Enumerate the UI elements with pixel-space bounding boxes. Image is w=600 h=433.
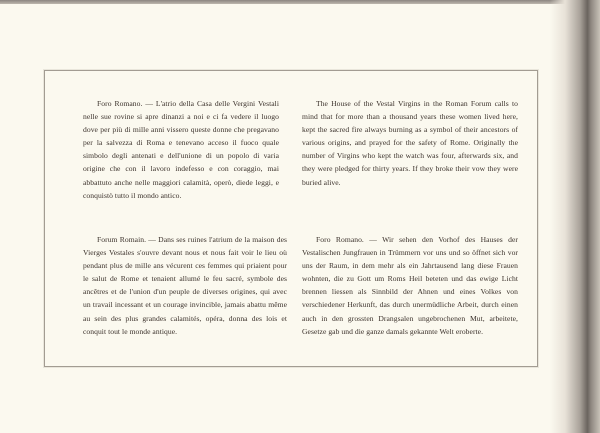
german-paragraph: Foro Romano. — Wir sehen den Vorhof des …: [302, 233, 518, 338]
english-text-block: The House of the Vestal Virgins in the R…: [302, 97, 518, 189]
italian-text-block: Foro Romano. — L'atrio della Casa delle …: [83, 97, 279, 202]
german-text-block: Foro Romano. — Wir sehen den Vorhof des …: [302, 233, 518, 338]
book-binding-shadow: [550, 0, 600, 433]
page-top-edge: [0, 0, 600, 4]
french-text-block: Forum Romain. — Dans ses ruines l'atrium…: [83, 233, 287, 338]
english-paragraph: The House of the Vestal Virgins in the R…: [302, 97, 518, 189]
italian-paragraph: Foro Romano. — L'atrio della Casa delle …: [83, 97, 279, 202]
french-paragraph: Forum Romain. — Dans ses ruines l'atrium…: [83, 233, 287, 338]
